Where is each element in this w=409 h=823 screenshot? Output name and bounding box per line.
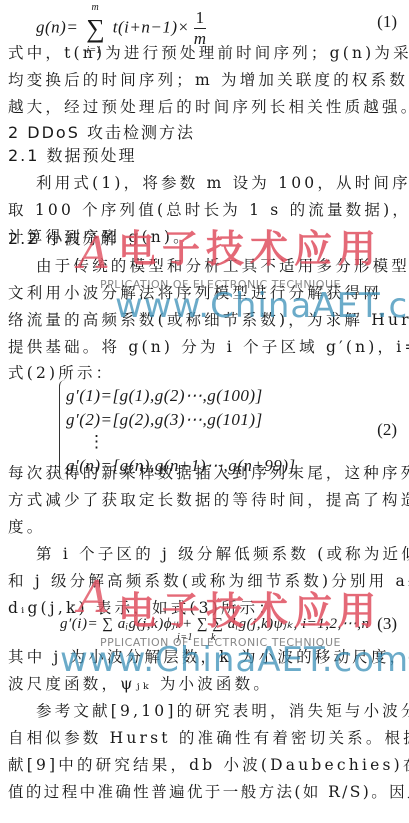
watermark-url: www.ChinaAET.com xyxy=(115,286,409,326)
para2-line-3: 度。 xyxy=(8,516,404,538)
equation-2-number: (2) xyxy=(377,420,397,440)
watermark-chinese: 电子技术应用 xyxy=(118,218,382,273)
para1-line-2: 均变换后的时间序列；m 为增加关联度的权系数，m 值 xyxy=(8,69,404,91)
paper-page: g(n)= m ∑ i=1 t(i+n−1)× 1 m (1) 式中，t(n)为… xyxy=(0,0,409,823)
para5-line-2: 自相似参数 Hurst 的准确性有着密切关系。根据参考文 xyxy=(8,727,404,749)
s21-line-1: 利用式(1)，将参数 m 设为 100，从时间序列 t(n) 中 xyxy=(36,172,404,194)
para3-line-1: 第 i 个子区的 j 级分解低频系数 (或称为近似系数) xyxy=(36,543,404,565)
section-2-1-title: 2.1 数据预处理 xyxy=(8,145,404,167)
watermark-logo-icon: A xyxy=(78,228,110,279)
equation-1-number: (1) xyxy=(377,12,397,32)
eq1-body: t(i+n−1)× xyxy=(113,17,190,36)
eq1-frac-num: 1 xyxy=(194,8,206,29)
eq2-row-2: g′(2)=[g(2),g(3)⋯,g(101)] xyxy=(66,410,263,430)
section-2-title: 2 DDoS 攻击检测方法 xyxy=(8,122,404,144)
eq2-row-1: g′(1)=[g(1),g(2)⋯,g(100)] xyxy=(66,386,263,406)
para1-line-1: 式中，t(n)为进行预处理前时间序列；g(n)为采用滑动平 xyxy=(8,42,404,64)
watermark-logo-icon-2: A xyxy=(78,572,110,623)
para5-line-4: 值的过程中准确性普遍优于一般方法(如 R/S)。因此本 xyxy=(8,781,404,803)
s22-line-4: 提供基础。将 g(n) 分为 i 个子区域 g′(n)，i=1,2,⋯,n，如 xyxy=(8,336,404,358)
eq1-lhs: g(n)= xyxy=(36,17,78,36)
para2-line-2: 方式减少了获取定长数据的等待时间，提高了构造速 xyxy=(8,489,404,511)
watermark-url-2: www.ChinaAET.com xyxy=(60,640,409,680)
eq1-sum: m ∑ i=1 xyxy=(83,14,109,44)
para5-line-3: 献[9]中的研究结果，db 小波(Daubechies)在求解 Hurst xyxy=(8,754,404,776)
para5-line-1: 参考文献[9,10]的研究表明，消失矩与小波分解求 xyxy=(36,700,404,722)
eq2-row-3: ⋮ xyxy=(88,432,105,452)
para1-line-3: 越大，经过预处理后的时间序列长相关性质越强。 xyxy=(8,96,404,118)
eq1-sum-top: m xyxy=(92,2,99,13)
para2-line-1: 每次获得的新采样数据插入到序列末尾，这种序列构造 xyxy=(8,462,404,484)
watermark-chinese-2: 电子技术应用 xyxy=(118,580,382,635)
